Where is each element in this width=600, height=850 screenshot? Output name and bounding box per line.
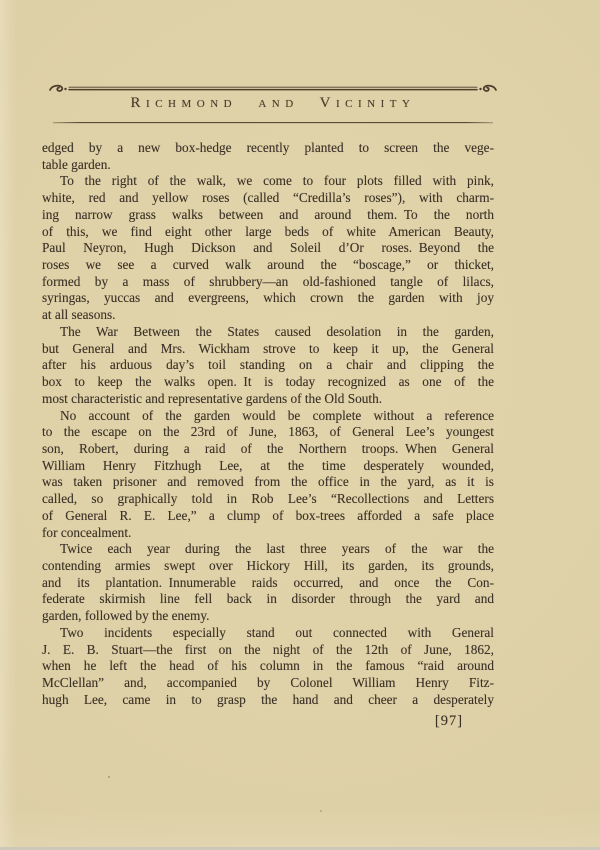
text-line: Two incidents especially stand out conne… xyxy=(42,625,494,642)
header-ornament-rule xyxy=(48,82,498,96)
text-line: Paul Neyron, Hugh Dickson and Soleil d’O… xyxy=(42,240,494,257)
text-line: box to keep the walks open. It is today … xyxy=(42,374,494,391)
text-line: syringas, yuccas and evergreens, which c… xyxy=(42,290,494,307)
text-line: of this, we find eight other large beds … xyxy=(42,224,494,241)
text-line: table garden. xyxy=(42,157,494,174)
body-text: edged by a new box-hedge recently plante… xyxy=(42,140,494,708)
page-number: [97] xyxy=(425,713,473,730)
text-line: federate skirmish line fell back in diso… xyxy=(42,591,494,608)
scroll-ornament-right-icon xyxy=(484,86,496,91)
text-line: to the escape on the 23rd of June, 1863,… xyxy=(42,424,494,441)
text-line: most characteristic and representative g… xyxy=(42,391,494,408)
text-line: The War Between the States caused desola… xyxy=(42,324,494,341)
text-line: after his arduous day’s toil standing on… xyxy=(42,357,494,374)
text-line: Twice each year during the last three ye… xyxy=(42,541,494,558)
text-line: and its plantation. Innumerable raids oc… xyxy=(42,575,494,592)
text-line: white, red and yellow roses (called “Cre… xyxy=(42,190,494,207)
text-line: No account of the garden would be comple… xyxy=(42,408,494,425)
text-line: when he left the head of his column in t… xyxy=(42,658,494,675)
text-line: but General and Mrs. Wickham strove to k… xyxy=(42,341,494,358)
text-line: McClellan” and, accompanied by Colonel W… xyxy=(42,675,494,692)
text-line: William Henry Fitzhugh Lee, at the time … xyxy=(42,458,494,475)
text-line: contending armies swept over Hickory Hil… xyxy=(42,558,494,575)
divider-rule xyxy=(53,122,493,123)
text-line: ing narrow grass walks between and aroun… xyxy=(42,207,494,224)
text-line: formed by a mass of shrubbery—an old-fas… xyxy=(42,274,494,291)
scroll-ornament-left-icon xyxy=(50,86,62,91)
text-line: edged by a new box-hedge recently plante… xyxy=(42,140,494,157)
text-line: roses we see a curved walk around the “b… xyxy=(42,257,494,274)
text-line: called, so graphically told in Rob Lee’s… xyxy=(42,491,494,508)
text-line: garden, followed by the enemy. xyxy=(42,608,494,625)
text-line: of General R. E. Lee,” a clump of box-tr… xyxy=(42,508,494,525)
text-line: was taken prisoner and removed from the … xyxy=(42,474,494,491)
text-line: at all seasons. xyxy=(42,307,494,324)
book-page: { "page": { "header_title": "Richmond an… xyxy=(0,0,600,850)
text-line: for concealment. xyxy=(42,525,494,542)
page-title: Richmond and Vicinity xyxy=(52,95,494,115)
text-line: son, Robert, during a raid of the Northe… xyxy=(42,441,494,458)
text-line: hugh Lee, came in to grasp the hand and … xyxy=(42,692,494,709)
text-line: J. E. B. Stuart—the first on the night o… xyxy=(42,642,494,659)
text-line: To the right of the walk, we come to fou… xyxy=(42,173,494,190)
